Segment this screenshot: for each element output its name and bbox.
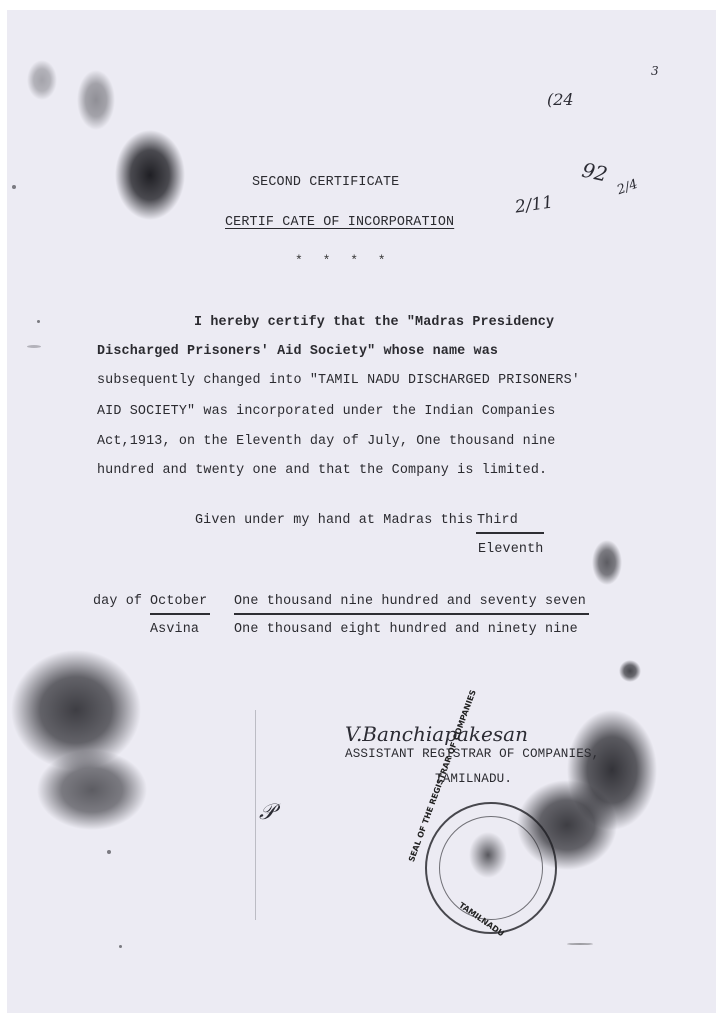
certificate-subheading: CERTIF CATE OF INCORPORATION — [225, 215, 454, 230]
ink-blot-right-mid — [592, 540, 622, 585]
separator-stars: * * * * — [295, 253, 392, 268]
ink-blot-right-small — [619, 660, 641, 682]
ink-blot-top-left — [115, 130, 185, 220]
signatory-title: ASSISTANT REGISTRAR OF COMPANIES, — [345, 747, 599, 761]
certificate-heading: SECOND CERTIFICATE — [252, 175, 399, 190]
given-under-line: Given under my hand at Madras this — [195, 513, 473, 528]
month-underline — [150, 613, 210, 615]
date-prefix: day of — [93, 594, 142, 609]
handwritten-note-page-number: 3 — [651, 64, 659, 78]
seal-emblem-icon — [469, 832, 507, 878]
ink-blot-bottom-left-2 — [37, 750, 147, 830]
given-day-underline — [476, 532, 544, 534]
date-year-gregorian: One thousand nine hundred and seventy se… — [234, 594, 586, 609]
ink-blot-top-left-3 — [27, 60, 57, 100]
handwritten-note-4: 2/4 — [615, 177, 640, 198]
handwritten-note-3: 2/11 — [514, 192, 555, 217]
given-day: Third — [477, 513, 518, 528]
date-month-saka: Asvina — [150, 622, 199, 637]
body-line-1: I hereby certify that the "Madras Presid… — [194, 315, 554, 330]
body-line-4: AID SOCIETY" was incorporated under the … — [97, 404, 555, 419]
ink-blot-top-left-2 — [77, 70, 115, 130]
handwritten-note-2: 92 — [580, 158, 610, 187]
body-line-5: Act,1913, on the Eleventh day of July, O… — [97, 434, 555, 449]
initials-scribble: 𝒫 — [259, 800, 275, 825]
date-month-gregorian: October — [150, 594, 207, 609]
body-line-2: Discharged Prisoners' Aid Society" whose… — [97, 344, 498, 359]
scanned-page: 3 (24 92 2/11 2/4 SECOND CERTIFICATE CER… — [7, 10, 716, 1013]
given-day-saka: Eleventh — [478, 542, 544, 557]
registrar-signature: V.Banchiapakesan — [345, 722, 528, 746]
body-line-6: hundred and twenty one and that the Comp… — [97, 463, 547, 478]
handwritten-note-1: (24 — [547, 90, 574, 109]
date-year-saka: One thousand eight hundred and ninety ni… — [234, 622, 578, 637]
year-underline — [234, 613, 589, 615]
body-line-3: subsequently changed into "TAMIL NADU DI… — [97, 373, 580, 388]
